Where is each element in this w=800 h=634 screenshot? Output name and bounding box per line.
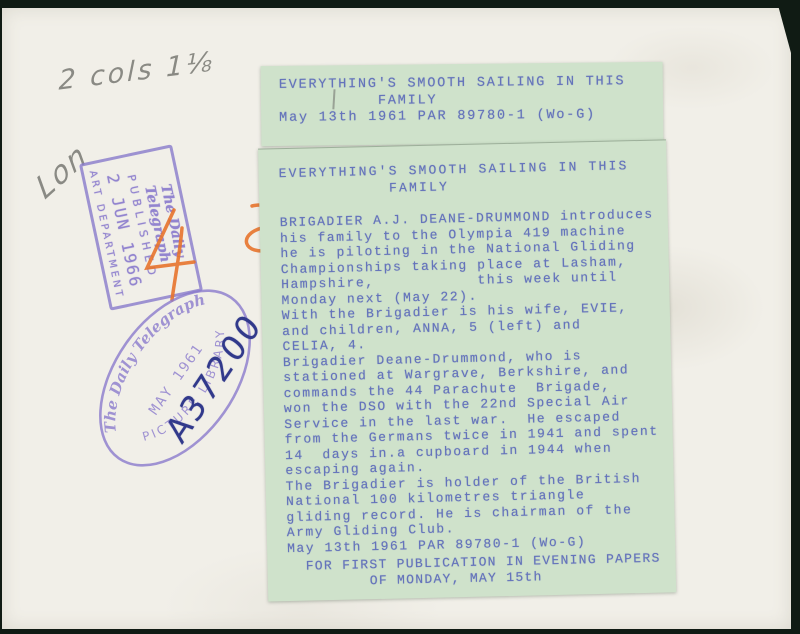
photo-back-paper: 2 cols 1⅛ Lon The Daily Telegraph PUBLIS…	[2, 8, 791, 629]
pencil-note: 2 cols 1⅛	[58, 46, 215, 97]
caption-slip: EVERYTHING'S SMOOTH SAILING IN THIS FAMI…	[261, 62, 664, 146]
caption-slip-text: EVERYTHING'S SMOOTH SAILING IN THIS FAMI…	[279, 74, 626, 127]
caption-heading: EVERYTHING'S SMOOTH SAILING IN THIS FAMI…	[278, 157, 629, 199]
caption-body: BRIGADIER A.J. DEANE-DRUMMOND introduces…	[280, 207, 662, 556]
caption-sheet: EVERYTHING'S SMOOTH SAILING IN THIS FAMI…	[258, 139, 676, 601]
caption-footer: FOR FIRST PUBLICATION IN EVENING PAPERS …	[287, 551, 661, 590]
